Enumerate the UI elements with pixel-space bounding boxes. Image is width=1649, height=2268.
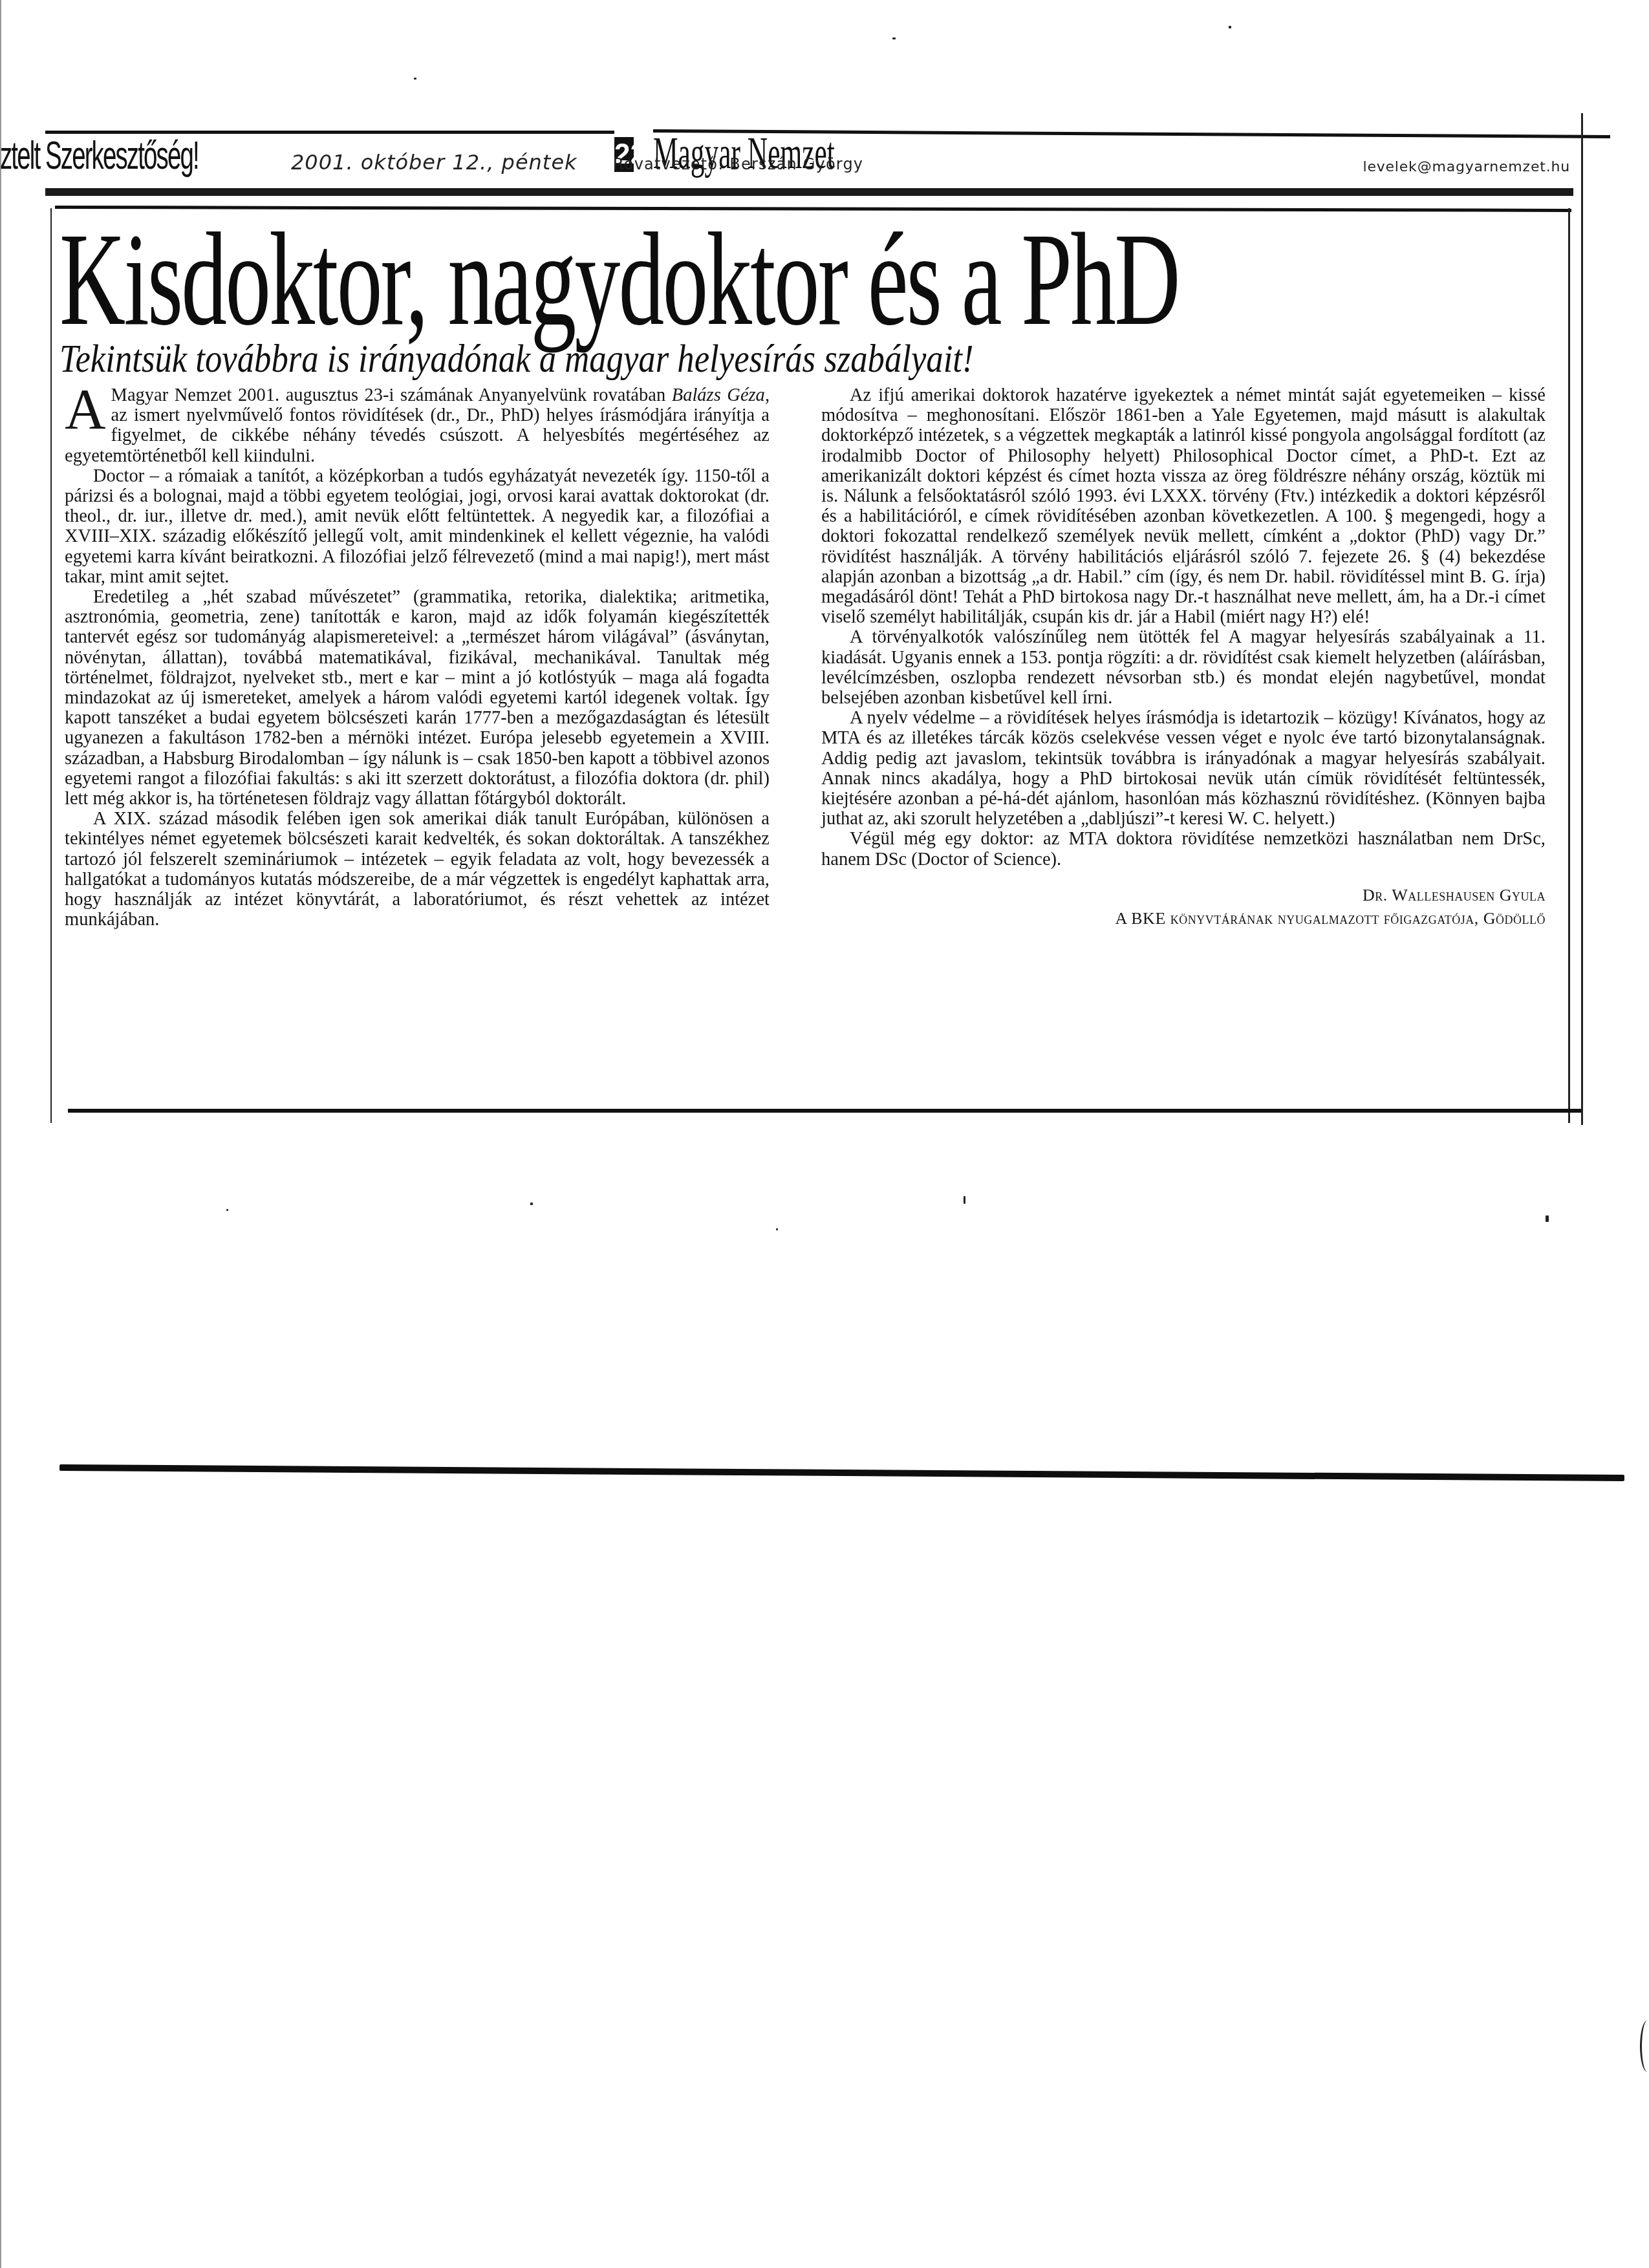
drop-cap: A [65, 387, 106, 433]
paragraph: Az ifjú amerikai doktorok hazatérve igye… [821, 385, 1546, 627]
binding-edge-mark [1640, 2020, 1649, 2072]
author-title: A BKE könyvtárának nyugalmazott főigazga… [821, 907, 1546, 930]
paragraph: A XIX. század második felében igen sok a… [65, 809, 770, 930]
scan-edge [0, 0, 1, 2268]
contact-email: levelek@magyarnemzet.hu [1363, 159, 1570, 175]
paragraph: A nyelv védelme – a rövidítések helyes í… [821, 708, 1546, 829]
column-editor: Rovatvezető: Berszán György [613, 155, 863, 173]
scan-speck [892, 37, 896, 39]
page-column-rule [1581, 113, 1583, 1125]
page-bottom-rule [59, 1464, 1624, 1481]
paragraph: Eredetileg a „hét szabad művészetet” (gr… [65, 587, 770, 809]
paragraph: Végül még egy doktor: az MTA doktora röv… [821, 829, 1546, 869]
scan-speck [776, 1228, 778, 1230]
author-signature: Dr. Walleshausen Gyula A BKE könyvtárána… [821, 884, 1546, 930]
author-name: Dr. Walleshausen Gyula [821, 884, 1546, 907]
masthead-band-right [594, 188, 1573, 196]
scan-speck [1229, 26, 1231, 28]
article-frame-right [1568, 208, 1570, 1123]
scan-speck [530, 1203, 533, 1205]
cited-author: Balázs Géza [672, 385, 765, 405]
article-frame-bottom [68, 1109, 1581, 1113]
scan-speck [964, 1196, 965, 1204]
scan-speck [226, 1209, 228, 1211]
article-subheadline: Tekintsük továbbra is irányadónak a magy… [59, 336, 974, 382]
scan-speck [1546, 1215, 1549, 1222]
masthead-band-left [45, 188, 618, 196]
article-headline: Kisdoktor, nagydoktor és a PhD [59, 213, 1179, 346]
paragraph: Doctor – a rómaiak a tanítót, a középkor… [65, 466, 770, 587]
article-column-right: Az ifjú amerikai doktorok hazatérve igye… [821, 385, 1546, 930]
article-frame-left [50, 208, 52, 1123]
paragraph: A Magyar Nemzet 2001. augusztus 23-i szá… [65, 385, 770, 466]
section-title: ztelt Szerkesztőség! [0, 133, 199, 178]
issue-date: 2001. október 12., péntek [291, 150, 577, 175]
article-column-left: A Magyar Nemzet 2001. augusztus 23-i szá… [65, 385, 770, 930]
scan-speck [414, 78, 416, 80]
paragraph: A törvényalkotók valószínűleg nem ütötté… [821, 627, 1546, 708]
